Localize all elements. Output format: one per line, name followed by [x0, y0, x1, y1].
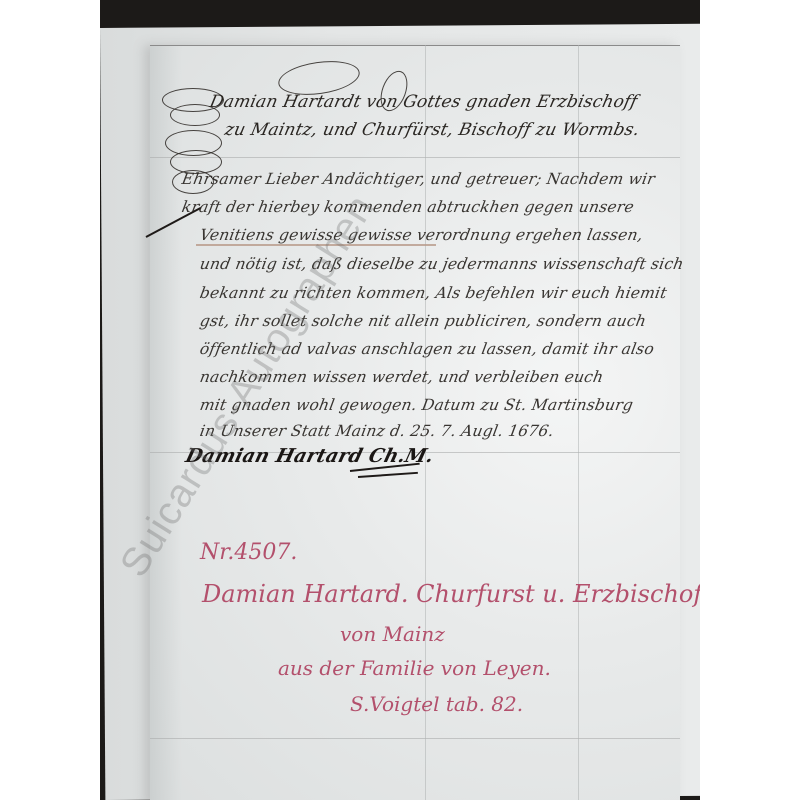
letter-body-line: bekannt zu richten kommen, Als befehlen … [198, 284, 668, 302]
fold-line [150, 157, 680, 158]
letter-body-line: öffentlich ad valvas anschlagen zu lasse… [198, 340, 655, 358]
letter-body-line: Venitiens gewisse gewisse verordnung erg… [198, 226, 644, 244]
letter-body-line: gst, ihr sollet solche nit allein public… [198, 312, 647, 330]
letter-body-line: in Unserer Statt Mainz d. 25. 7. Augl. 1… [198, 422, 555, 440]
letter-body-line: kraft der hierbey kommenden abtruckhen g… [180, 198, 635, 216]
letter-body-line: nachkommen wissen werdet, und verbleiben… [198, 368, 605, 386]
faded-underline [196, 244, 436, 246]
document-photo: Damian Hartardt von Gottes gnaden Erzbis… [100, 0, 700, 800]
annotation-line: von Mainz [340, 622, 445, 646]
fold-line [578, 45, 579, 800]
annotation-line: aus der Familie von Leyen. [278, 656, 551, 680]
letter-heading-line: Damian Hartardt von Gottes gnaden Erzbis… [208, 92, 639, 112]
letter-body-line: mit gnaden wohl gewogen. Datum zu St. Ma… [198, 396, 634, 414]
archive-number: Nr.4507. [200, 540, 297, 565]
letter-body-line: Ehrsamer Lieber Andächtiger, und getreue… [180, 170, 656, 188]
annotation-reference: S.Voigtel tab. 82. [350, 692, 523, 716]
letter-body-line: und nötig ist, daß dieselbe zu jedermann… [198, 255, 685, 273]
letter-heading-line: zu Maintz, und Churfürst, Bischoff zu Wo… [223, 120, 642, 140]
signature: Damian Hartard Ch.M. [183, 445, 436, 467]
fold-line [150, 738, 680, 739]
annotation-title: Damian Hartard. Churfurst u. Erzbischof [202, 580, 700, 608]
